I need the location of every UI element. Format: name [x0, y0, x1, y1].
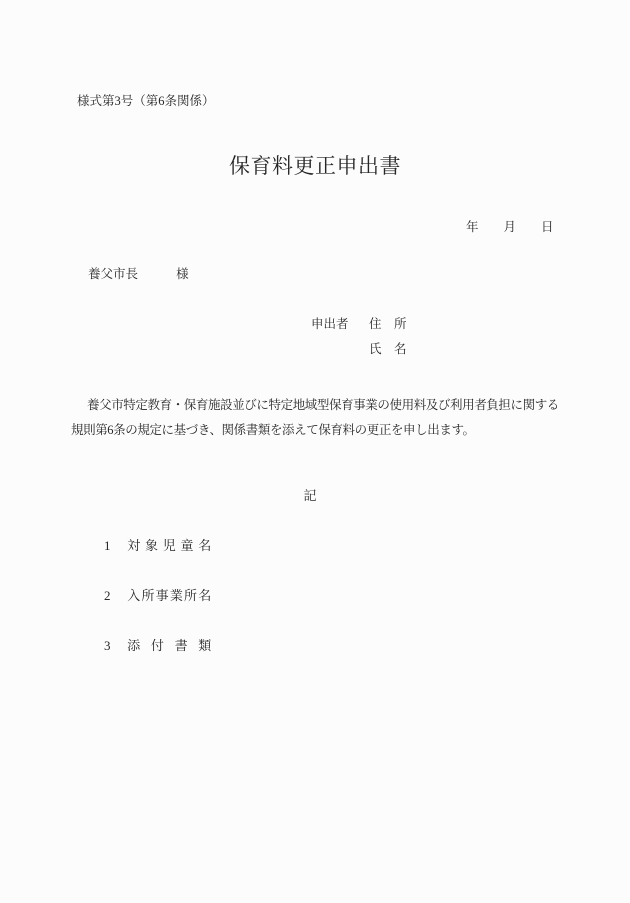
date-line: 年 月 日 — [466, 220, 554, 235]
applicant-address-label: 住 所 — [369, 317, 407, 332]
applicant-name-label: 氏 名 — [369, 342, 407, 357]
applicant-label: 申出者 — [311, 317, 349, 332]
item-label: 添付書類 — [127, 638, 211, 654]
year-label: 年 — [466, 220, 479, 235]
addressee-line: 養父市長 様 — [88, 266, 189, 282]
month-label: 月 — [504, 220, 517, 235]
document-page: 様式第3号（第6条関係） 保育料更正申出書 年 月 日 養父市長 様 申出者 住… — [0, 0, 630, 903]
addressee-name: 養父市長 — [88, 267, 138, 281]
list-item-target-child: 1 対象児童名 — [104, 538, 211, 554]
list-item-establishment-name: 2 入所事業所名 — [104, 588, 211, 604]
page-title: 保育料更正申出書 — [0, 153, 630, 179]
item-label: 入所事業所名 — [127, 588, 211, 604]
addressee-honorific: 様 — [176, 267, 189, 281]
record-heading: 記 — [0, 488, 620, 504]
item-number: 2 — [104, 588, 124, 604]
item-label: 対象児童名 — [127, 538, 211, 554]
day-label: 日 — [541, 220, 554, 235]
item-number: 3 — [104, 638, 124, 654]
body-line-1: 養父市特定教育・保育施設並びに特定地域型保育事業の使用料及び利用者負担に関する — [71, 393, 571, 418]
form-number: 様式第3号（第6条関係） — [77, 94, 215, 109]
body-paragraph: 養父市特定教育・保育施設並びに特定地域型保育事業の使用料及び利用者負担に関する … — [71, 393, 571, 443]
item-number: 1 — [104, 538, 124, 554]
body-line-2: 規則第6条の規定に基づき、関係書類を添えて保育料の更正を申し出ます。 — [71, 418, 571, 443]
list-item-attached-documents: 3 添付書類 — [104, 638, 211, 654]
